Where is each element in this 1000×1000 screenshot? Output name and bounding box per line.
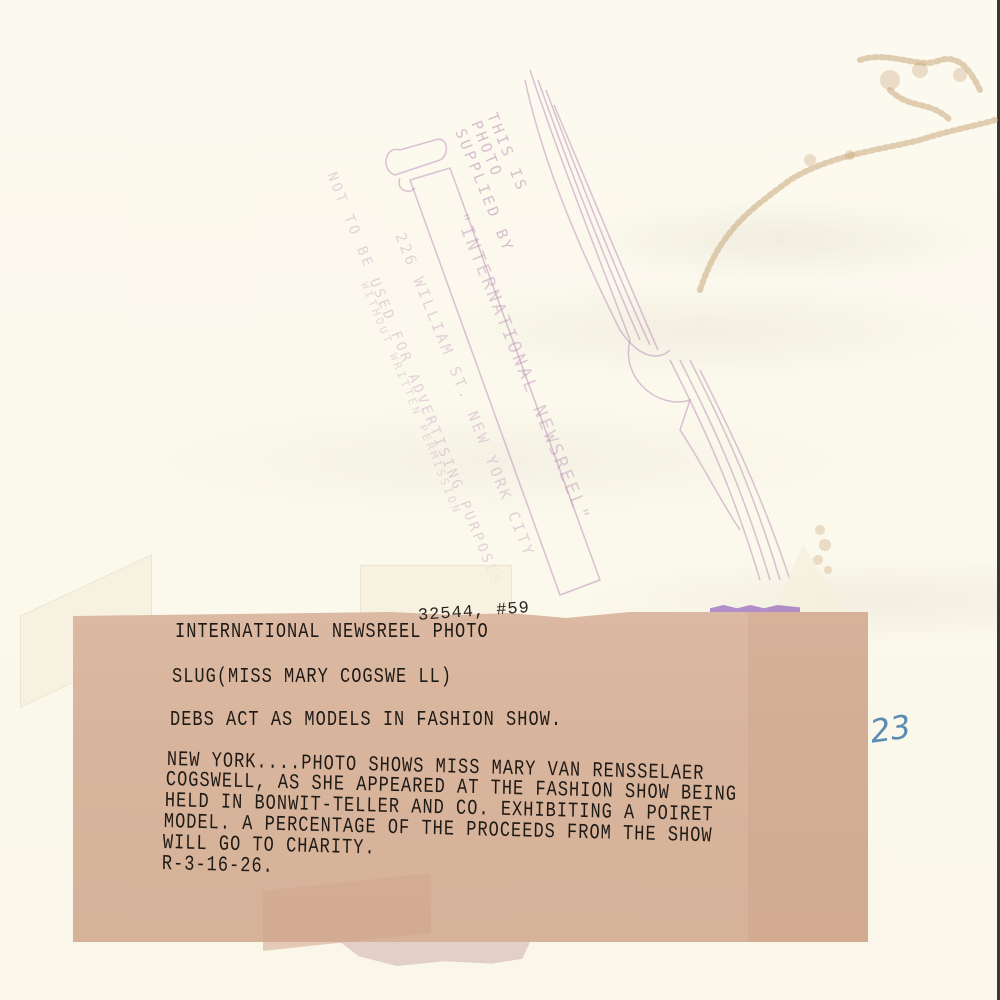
caption-headline: DEBS ACT AS MODELS IN FASHION SHOW. bbox=[170, 710, 562, 731]
caption-date-code: R-3-16-26. bbox=[162, 854, 274, 878]
caption-slug: SLUG(MISS MARY COGSWE LL) bbox=[172, 667, 452, 688]
purple-stamp-fragment-2 bbox=[710, 605, 800, 613]
pencil-annotation: 23 bbox=[868, 707, 914, 750]
caption-header: INTERNATIONAL NEWSREEL PHOTO bbox=[175, 622, 489, 643]
